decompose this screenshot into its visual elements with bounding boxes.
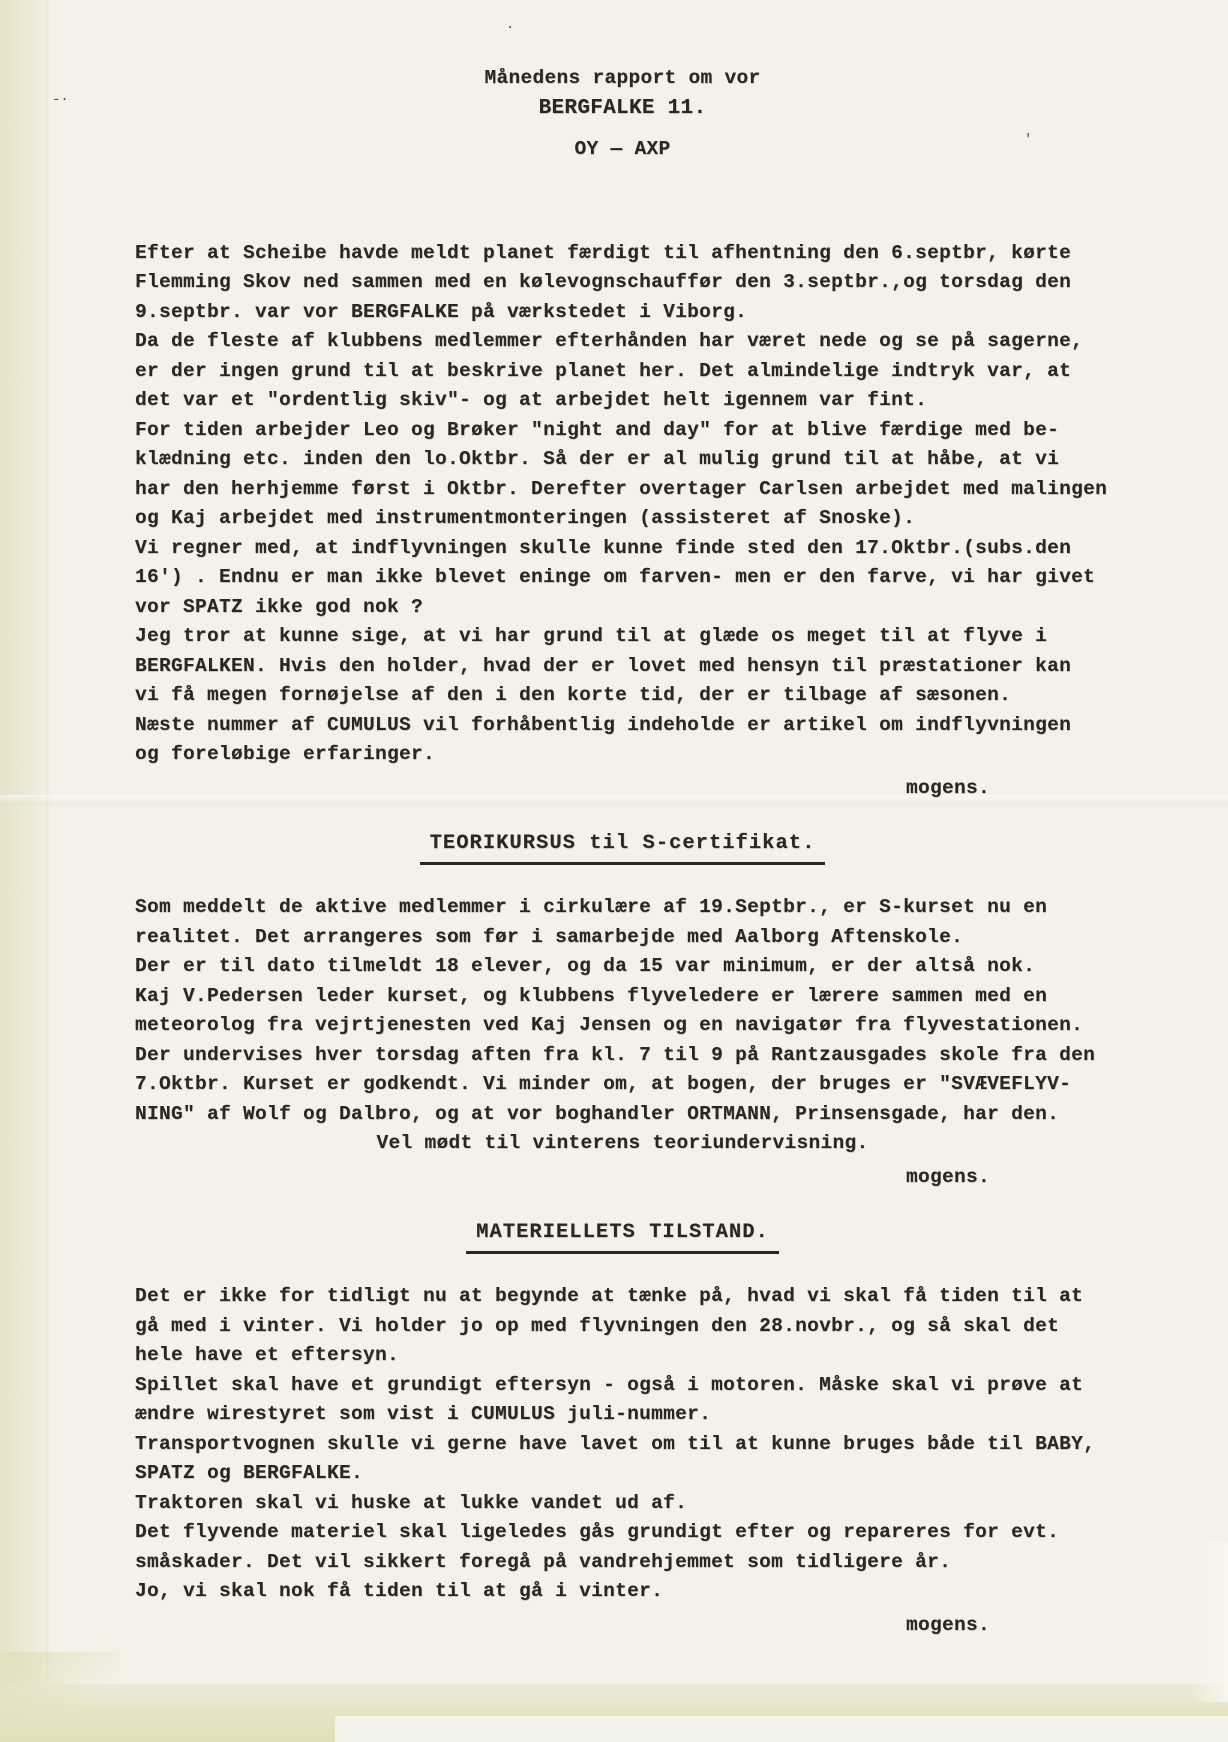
text-line: Jo, vi skal nok få tiden til at gå i vin… (135, 1577, 1110, 1607)
text-line: vi få megen fornøjelse af den i den kort… (135, 681, 1110, 711)
text-line: Efter at Scheibe havde meldt planet færd… (135, 239, 1110, 269)
text-line: Kaj V.Pedersen leder kurset, og klubbens… (135, 982, 1110, 1012)
text-line: Det er ikke for tidligt nu at begynde at… (135, 1282, 1110, 1312)
text-line: og foreløbige erfaringer. (135, 740, 1110, 770)
document-content: Månedens rapport om vor BERGFALKE 11. OY… (135, 0, 1110, 1640)
text-line: har den herhjemme først i Oktbr. Derefte… (135, 475, 1110, 505)
section-body: Efter at Scheibe havde meldt planet færd… (135, 239, 1110, 770)
text-line: Det flyvende materiel skal ligeledes gås… (135, 1518, 1110, 1548)
paper-right-edge-highlight (1190, 1542, 1228, 1702)
signature: mogens. (135, 1611, 1110, 1641)
section-body: Det er ikke for tidligt nu at begynde at… (135, 1282, 1110, 1607)
paper-left-edge (0, 0, 52, 1742)
signature: mogens. (135, 1163, 1110, 1193)
text-line: er der ingen grund til at beskrive plane… (135, 357, 1110, 387)
signature: mogens. (135, 774, 1110, 804)
text-line: meteorolog fra vejrtjenesten ved Kaj Jen… (135, 1011, 1110, 1041)
text-line: Vi regner med, at indflyvningen skulle k… (135, 534, 1110, 564)
text-line: 7.Oktbr. Kurset er godkendt. Vi minder o… (135, 1070, 1110, 1100)
text-line: SPATZ og BERGFALKE. (135, 1459, 1110, 1489)
aircraft-registration: OY — AXP (135, 135, 1110, 165)
text-line: og Kaj arbejdet med instrumentmonteringe… (135, 504, 1110, 534)
text-line: vor SPATZ ikke god nok ? (135, 593, 1110, 623)
text-line: For tiden arbejder Leo og Brøker "night … (135, 416, 1110, 446)
document-section: Efter at Scheibe havde meldt planet færd… (135, 239, 1110, 804)
text-line: Som meddelt de aktive medlemmer i cirkul… (135, 893, 1110, 923)
text-line: 9.septbr. var vor BERGFALKE på værkstede… (135, 298, 1110, 328)
text-line: småskader. Det vil sikkert foregå på van… (135, 1548, 1110, 1578)
text-line: NING" af Wolf og Dalbro, og at vor bogha… (135, 1100, 1110, 1130)
text-line: gå med i vinter. Vi holder jo op med fly… (135, 1312, 1110, 1342)
text-line: Jeg tror at kunne sige, at vi har grund … (135, 622, 1110, 652)
section-body: Som meddelt de aktive medlemmer i cirkul… (135, 893, 1110, 1159)
scanned-document-page: -· · ' Månedens rapport om vor BERGFALKE… (0, 0, 1228, 1742)
text-line: Traktoren skal vi huske at lukke vandet … (135, 1489, 1110, 1519)
sections: Efter at Scheibe havde meldt planet færd… (135, 239, 1110, 1641)
title-block: Månedens rapport om vor BERGFALKE 11. OY… (135, 64, 1110, 165)
paper-crease-vertical (46, 0, 49, 1742)
report-title-line: Månedens rapport om vor (135, 64, 1110, 94)
text-line: BERGFALKEN. Hvis den holder, hvad der er… (135, 652, 1110, 682)
document-section: TEORIKURSUS til S-certifikat. Som meddel… (135, 829, 1110, 1192)
text-line: Der er til dato tilmeldt 18 elever, og d… (135, 952, 1110, 982)
text-line: realitet. Det arrangeres som før i samar… (135, 923, 1110, 953)
section-heading: TEORIKURSUS til S-certifikat. (135, 829, 1110, 865)
text-line: 16') . Endnu er man ikke blevet eninge o… (135, 563, 1110, 593)
text-line: Da de fleste af klubbens medlemmer efter… (135, 327, 1110, 357)
paper-bottom-underlay (335, 1716, 1228, 1742)
section-heading: MATERIELLETS TILSTAND. (135, 1218, 1110, 1254)
centered-text-line: Vel mødt til vinterens teoriundervisning… (135, 1129, 1110, 1159)
text-line: Der undervises hver torsdag aften fra kl… (135, 1041, 1110, 1071)
text-line: klædning etc. inden den lo.Oktbr. Så der… (135, 445, 1110, 475)
text-line: det var et "ordentlig skiv"- og at arbej… (135, 386, 1110, 416)
text-line: Spillet skal have et grundigt eftersyn -… (135, 1371, 1110, 1401)
paper-corner-stain (0, 1652, 120, 1742)
text-line: hele have et eftersyn. (135, 1341, 1110, 1371)
aircraft-name-title: BERGFALKE 11. (135, 94, 1110, 124)
text-line: ændre wirestyret som vist i CUMULUS juli… (135, 1400, 1110, 1430)
text-line: Flemming Skov ned sammen med en kølevogn… (135, 268, 1110, 298)
section-heading-text: TEORIKURSUS til S-certifikat. (420, 829, 826, 865)
text-line: Næste nummer af CUMULUS vil forhåbentlig… (135, 711, 1110, 741)
text-line: Transportvognen skulle vi gerne have lav… (135, 1430, 1110, 1460)
section-heading-text: MATERIELLETS TILSTAND. (466, 1218, 779, 1254)
ink-speck: -· (52, 92, 69, 108)
document-section: MATERIELLETS TILSTAND. Det er ikke for t… (135, 1218, 1110, 1640)
